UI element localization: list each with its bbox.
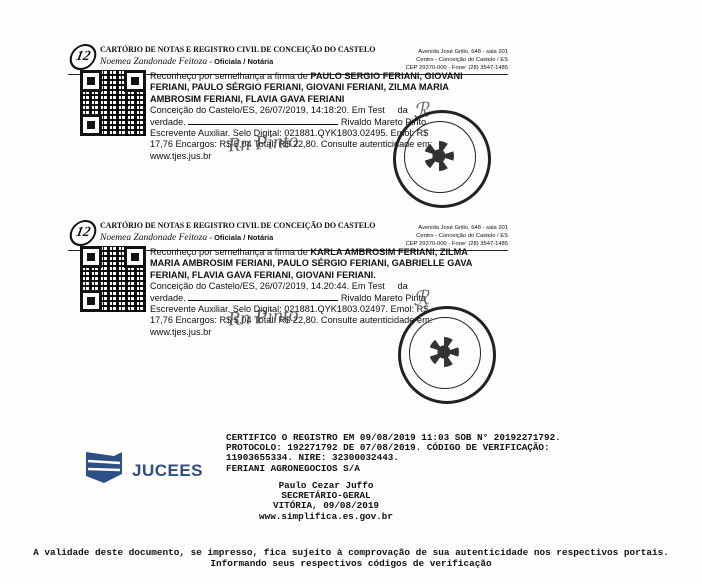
notary-seal-icon xyxy=(393,110,491,208)
signature: Rn Pinto xyxy=(227,130,299,158)
qr-code xyxy=(80,70,146,136)
initials: ℛ xyxy=(412,285,430,311)
notary-name: Noemea Zandonade Feitoza - Oficiala / No… xyxy=(100,233,273,243)
office-name: CARTÓRIO DE NOTAS E REGISTRO CIVIL DE CO… xyxy=(100,221,375,230)
notary-logo-icon: 12 xyxy=(67,44,99,70)
signer-block: Paulo Cezar Juffo SECRETÁRIO-GERAL VITÓR… xyxy=(226,481,526,522)
signature: Rn Pinto xyxy=(227,304,299,332)
jucees-shield-icon xyxy=(84,450,124,484)
notary-address: Avenida José Grillo, 648 - sala 201 Cent… xyxy=(406,48,508,72)
notary-address: Avenida José Grillo, 648 - sala 201 Cent… xyxy=(406,224,508,248)
qr-code xyxy=(80,246,146,312)
jucees-wordmark: JUCEES xyxy=(132,461,203,481)
notary-logo-icon: 12 xyxy=(67,220,99,246)
notary-stamp-2: 12 CARTÓRIO DE NOTAS E REGISTRO CIVIL DE… xyxy=(68,216,508,251)
notary-stamp-1: 12 CARTÓRIO DE NOTAS E REGISTRO CIVIL DE… xyxy=(68,40,508,75)
office-name: CARTÓRIO DE NOTAS E REGISTRO CIVIL DE CO… xyxy=(100,45,375,54)
validity-notice: A validade deste documento, se impresso,… xyxy=(0,547,702,569)
registration-certificate: CERTIFICO O REGISTRO EM 09/08/2019 11:03… xyxy=(226,433,561,474)
company-name: FERIANI AGRONEGOCIOS S/A xyxy=(226,464,561,474)
website-link[interactable]: www.simplifica.es.gov.br xyxy=(226,512,426,522)
notary-name: Noemea Zandonade Feitoza - Oficiala / No… xyxy=(100,57,273,67)
notary-seal-icon xyxy=(398,306,496,404)
